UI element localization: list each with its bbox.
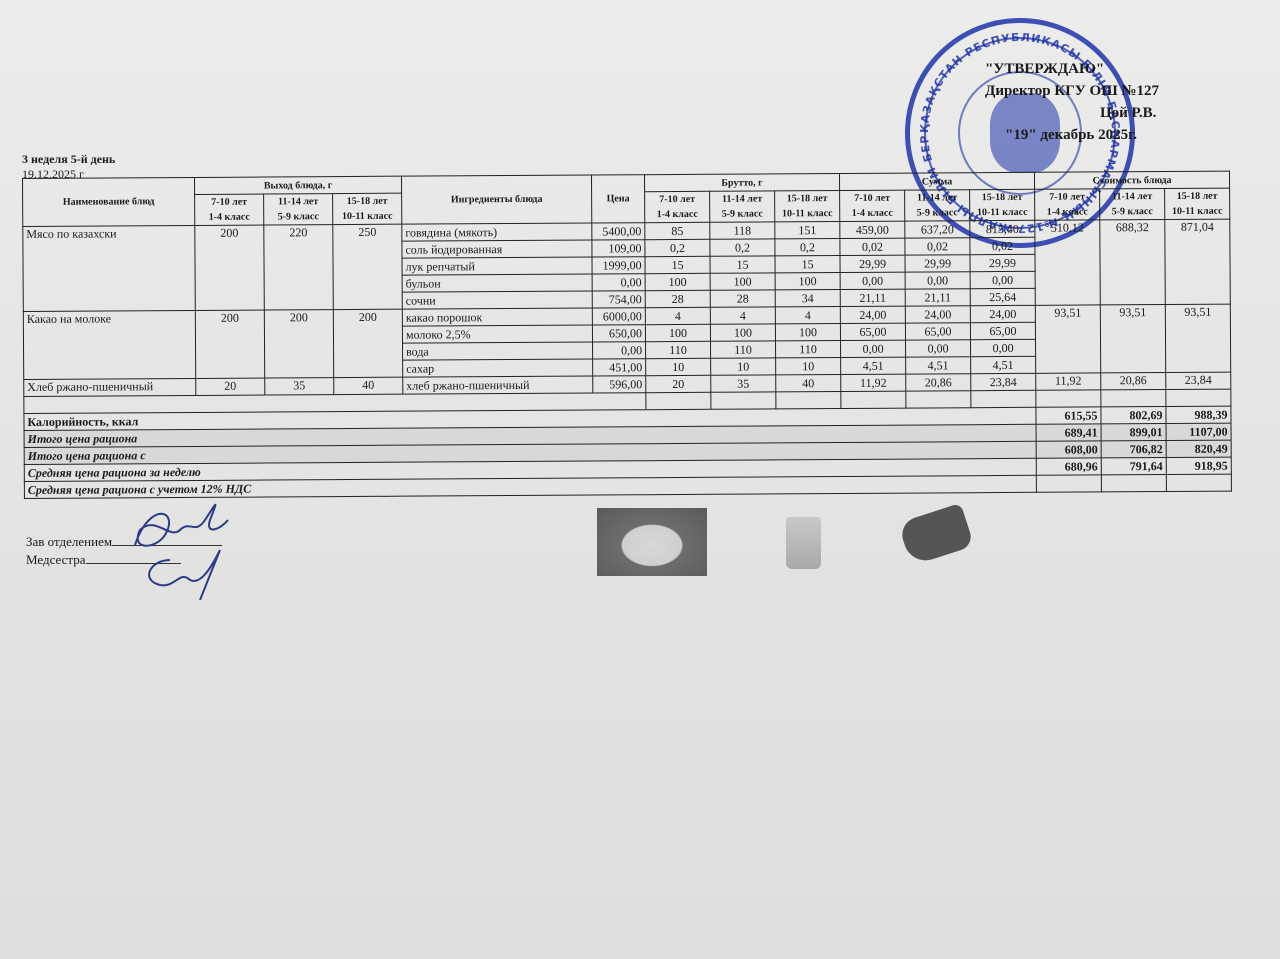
ingredient-name: сочни [402, 291, 592, 309]
ingredient-sum: 4,51 [906, 357, 971, 374]
ingredient-sum: 0,00 [970, 271, 1035, 288]
ingredient-sum: 0,00 [841, 340, 906, 357]
ingredient-brutto: 100 [775, 273, 840, 290]
menu-table: Наименование блюд Выход блюда, г Ингреди… [22, 171, 1232, 499]
ingredient-sum: 11,92 [841, 374, 906, 391]
col-cost: Стоимость блюда [1034, 171, 1229, 189]
ingredient-brutto: 151 [775, 222, 840, 239]
approval-position: Директор КГУ ОШ №127 [985, 80, 1159, 102]
ingredient-brutto: 0,2 [645, 239, 710, 256]
summary-value: 1107,00 [1166, 423, 1231, 440]
ingredient-sum: 4,51 [971, 356, 1036, 373]
ingredient-brutto: 15 [645, 256, 710, 273]
ingredient-price: 109,00 [592, 240, 645, 257]
bread-photo [898, 503, 975, 566]
ingredient-sum: 0,00 [906, 340, 971, 357]
ingredient-name: вода [403, 342, 593, 360]
ingredient-sum: 24,00 [970, 305, 1035, 322]
ingredient-sum: 0,00 [840, 272, 905, 289]
ingredient-sum: 21,11 [840, 289, 905, 306]
ingredient-sum: 24,00 [840, 306, 905, 323]
ingredient-sum: 4,51 [841, 357, 906, 374]
ingredient-brutto: 4 [775, 307, 840, 324]
dish-cost: 20,86 [1101, 373, 1166, 390]
age-group-header: 11-14 лет5-9 класс [905, 190, 970, 221]
ingredient-brutto: 110 [711, 341, 776, 358]
ingredient-price: 754,00 [592, 291, 645, 308]
dish-cost: 93,51 [1100, 305, 1165, 373]
dish-output: 35 [265, 378, 334, 395]
summary-value [1166, 474, 1231, 491]
ingredient-brutto: 100 [775, 324, 840, 341]
dish-name: Хлеб ржано-пшеничный [24, 378, 196, 396]
ingredient-brutto: 35 [711, 375, 776, 392]
col-output: Выход блюда, г [194, 176, 401, 194]
dish-output: 200 [333, 309, 402, 377]
dish-name: Какао на молоке [23, 310, 195, 379]
ingredient-name: сахар [403, 359, 593, 377]
ingredient-sum: 20,86 [906, 374, 971, 391]
dish-cost: 11,92 [1036, 373, 1101, 390]
age-group-header: 11-14 лет5-9 класс [264, 194, 333, 225]
age-group-header: 15-18 лет10-11 класс [1165, 188, 1230, 219]
age-group-header: 15-18 лет10-11 класс [970, 189, 1035, 220]
ingredient-brutto: 15 [710, 256, 775, 273]
summary-value: 680,96 [1036, 458, 1101, 475]
ingredient-brutto: 110 [646, 341, 711, 358]
ingredient-name: говядина (мякоть) [402, 223, 592, 241]
ingredient-sum: 0,02 [840, 238, 905, 255]
age-group-header: 11-14 лет5-9 класс [710, 191, 775, 222]
ingredient-brutto: 118 [710, 222, 775, 239]
ingredient-sum: 0,00 [905, 272, 970, 289]
ingredient-brutto: 100 [645, 324, 710, 341]
ingredient-name: соль йодированная [402, 240, 592, 258]
ingredient-price: 596,00 [593, 376, 646, 393]
summary-value: 802,69 [1101, 407, 1166, 424]
approval-name: Цой Р.В. [985, 102, 1159, 124]
summary-value: 706,82 [1101, 441, 1166, 458]
ingredient-name: лук репчатый [402, 257, 592, 275]
ingredient-brutto: 40 [776, 375, 841, 392]
dish-cost: 510,12 [1035, 220, 1101, 305]
summary-value: 918,95 [1166, 457, 1231, 474]
ingredient-sum: 21,11 [905, 289, 970, 306]
col-ingredients: Ингредиенты блюда [401, 175, 591, 224]
col-price: Цена [591, 175, 644, 223]
age-group-header: 15-18 лет10-11 класс [775, 191, 840, 222]
age-group-header: 7-10 лет1-4 класс [195, 194, 264, 225]
dish-cost: 871,04 [1165, 219, 1231, 304]
ingredient-sum: 0,00 [971, 339, 1036, 356]
handwritten-signature-icon [110, 490, 250, 600]
ingredient-sum: 29,99 [840, 255, 905, 272]
ingredient-sum: 0,02 [905, 238, 970, 255]
dish-cost: 93,51 [1035, 305, 1100, 373]
approval-date: "19" декабрь 2025г. [985, 124, 1159, 146]
ingredient-brutto: 0,2 [710, 239, 775, 256]
ingredient-price: 0,00 [593, 342, 646, 359]
ingredient-name: хлеб ржано-пшеничный [403, 376, 593, 394]
ingredient-brutto: 100 [645, 273, 710, 290]
ingredient-brutto: 100 [710, 273, 775, 290]
ingredient-brutto: 4 [645, 307, 710, 324]
ingredient-price: 0,00 [592, 274, 645, 291]
dish-output: 40 [334, 377, 403, 394]
nurse-label: Медсестра [26, 552, 86, 567]
ingredient-brutto: 20 [646, 375, 711, 392]
ingredient-sum: 815,40 [970, 220, 1035, 237]
dish-output: 200 [195, 310, 264, 378]
summary-value: 899,01 [1101, 424, 1166, 441]
dish-output: 220 [264, 225, 334, 310]
ingredient-sum: 65,00 [905, 323, 970, 340]
age-group-header: 11-14 лет5-9 класс [1100, 189, 1165, 220]
age-group-header: 7-10 лет1-4 класс [645, 191, 710, 222]
ingredient-sum: 24,00 [905, 306, 970, 323]
document-page: ҚАЗАҚСТАН РЕСПУБЛИКАСЫ БІЛІМ БАСҚАРМАСЫН… [0, 0, 1280, 959]
ingredient-sum: 0,02 [970, 237, 1035, 254]
ingredient-name: бульон [402, 274, 592, 292]
ingredient-sum: 29,99 [970, 254, 1035, 271]
ingredient-name: молоко 2,5% [402, 325, 592, 343]
ingredient-sum: 29,99 [905, 255, 970, 272]
ingredient-brutto: 28 [645, 290, 710, 307]
summary-value: 615,55 [1036, 407, 1101, 424]
ingredient-brutto: 10 [646, 358, 711, 375]
ingredient-brutto: 28 [710, 290, 775, 307]
dish-output: 200 [195, 225, 265, 310]
ingredient-brutto: 4 [710, 307, 775, 324]
ingredient-price: 650,00 [592, 325, 645, 342]
dish-cost: 23,84 [1166, 372, 1231, 389]
age-group-header: 7-10 лет1-4 класс [840, 190, 905, 221]
approval-title: "УТВЕРЖДАЮ" [985, 58, 1159, 80]
meat-dish-photo [597, 508, 707, 576]
summary-value: 988,39 [1166, 406, 1231, 423]
summary-value [1036, 475, 1101, 492]
head-label: Зав отделением [26, 534, 112, 549]
dish-cost: 688,32 [1100, 220, 1166, 305]
summary-value: 791,64 [1101, 458, 1166, 475]
approval-block: "УТВЕРЖДАЮ" Директор КГУ ОШ №127 Цой Р.В… [985, 58, 1159, 146]
ingredient-brutto: 34 [775, 290, 840, 307]
col-dish-name: Наименование блюд [23, 177, 195, 226]
ingredient-brutto: 0,2 [775, 239, 840, 256]
ingredient-brutto: 85 [645, 222, 710, 239]
week-day-title: 3 неделя 5-й день [22, 152, 115, 167]
summary-value: 608,00 [1036, 441, 1101, 458]
ingredient-brutto: 15 [775, 256, 840, 273]
ingredient-brutto: 110 [776, 341, 841, 358]
ingredient-price: 1999,00 [592, 257, 645, 274]
summary-value [1101, 475, 1166, 492]
dish-output: 20 [196, 378, 265, 395]
ingredient-price: 5400,00 [592, 223, 645, 240]
ingredient-price: 451,00 [593, 359, 646, 376]
ingredient-sum: 65,00 [970, 322, 1035, 339]
col-sum: Сумма [839, 172, 1034, 190]
dish-output: 200 [264, 310, 333, 378]
summary-value: 820,49 [1166, 440, 1231, 457]
age-group-header: 7-10 лет1-4 класс [1035, 189, 1100, 220]
ingredient-price: 6000,00 [592, 308, 645, 325]
col-brutto: Брутто, г [644, 174, 839, 192]
cocoa-glass-photo [786, 517, 821, 569]
ingredient-brutto: 10 [776, 358, 841, 375]
dish-cost: 93,51 [1165, 304, 1230, 372]
ingredient-sum: 25,64 [970, 288, 1035, 305]
dish-name: Мясо по казахски [23, 225, 196, 311]
dish-output: 250 [333, 224, 403, 309]
ingredient-name: какао порошок [402, 308, 592, 326]
ingredient-sum: 459,00 [840, 221, 905, 238]
ingredient-sum: 637,20 [905, 221, 970, 238]
ingredient-brutto: 100 [710, 324, 775, 341]
ingredient-sum: 65,00 [840, 323, 905, 340]
ingredient-sum: 23,84 [971, 373, 1036, 390]
summary-value: 689,41 [1036, 424, 1101, 441]
age-group-header: 15-18 лет10-11 класс [333, 193, 402, 224]
ingredient-brutto: 10 [711, 358, 776, 375]
